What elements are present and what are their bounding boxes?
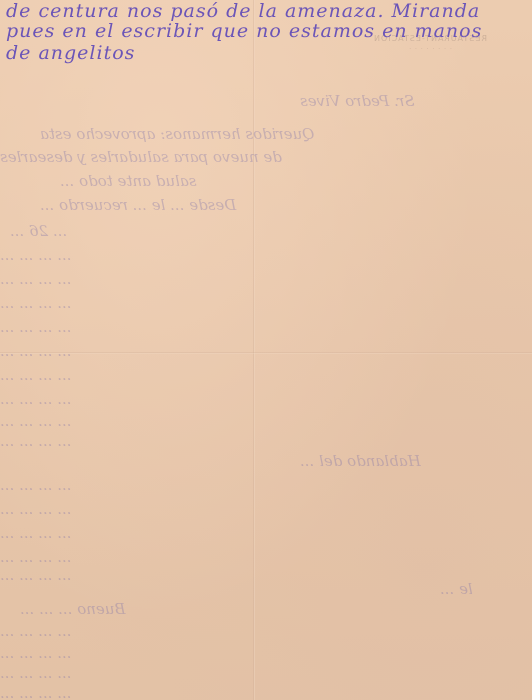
bleed-line: ... 26 ... <box>10 222 67 240</box>
bleed-line: Sr. Pedro Vives <box>300 92 415 110</box>
letter-page: RESTAURANT-ESTACION · · · · · · · · Sr. … <box>0 0 532 700</box>
handwritten-line-3: de angelitos <box>6 42 135 64</box>
vertical-fold-line <box>253 0 255 700</box>
bleed-line: ... ... ... ... <box>0 318 72 336</box>
bleed-line: ... ... ... ... <box>0 548 72 566</box>
bleed-line: Queridos hermanos: aprovecho esta <box>40 125 315 143</box>
bleed-line: de nuevo para saludarles y desearles <box>0 148 282 166</box>
bleed-line: ... ... ... ... <box>0 524 72 542</box>
bleed-line: ... ... ... ... <box>0 432 72 450</box>
bleed-line: ... ... ... ... <box>0 342 72 360</box>
letterhead-line-2: · · · · · · · · <box>350 46 510 53</box>
bleed-line: Bueno ... ... ... <box>20 600 125 618</box>
bleed-line: ... ... ... ... <box>0 644 72 662</box>
bleed-line: ... ... ... ... <box>0 270 72 288</box>
bleed-line: ... ... ... ... <box>0 664 72 682</box>
bleed-line: ... ... ... ... <box>0 566 72 584</box>
bleed-line: ... ... ... ... <box>0 366 72 384</box>
bleed-line: ... ... ... ... <box>0 476 72 494</box>
bleed-line: salud ante todo ... <box>60 172 197 190</box>
bleed-line: ... ... ... ... <box>0 500 72 518</box>
bleed-line: Desde ... le ... recuerdo ... <box>40 196 236 214</box>
horizontal-fold-line <box>0 352 532 354</box>
bleed-line: ... ... ... ... <box>0 390 72 408</box>
bleed-line: ... ... ... ... <box>0 246 72 264</box>
bleed-line: le ... <box>440 580 473 598</box>
bleed-line: ... ... ... ... <box>0 684 72 700</box>
bleed-line: Hablando del ... <box>300 452 421 470</box>
bleed-line: ... ... ... ... <box>0 294 72 312</box>
bleed-line: ... ... ... ... <box>0 412 72 430</box>
bleed-line: ... ... ... ... <box>0 622 72 640</box>
handwritten-line-2: pues en el escribir que no estamos en ma… <box>6 20 482 42</box>
handwritten-line-1: de centura nos pasó de la amenaza. Miran… <box>6 0 480 22</box>
